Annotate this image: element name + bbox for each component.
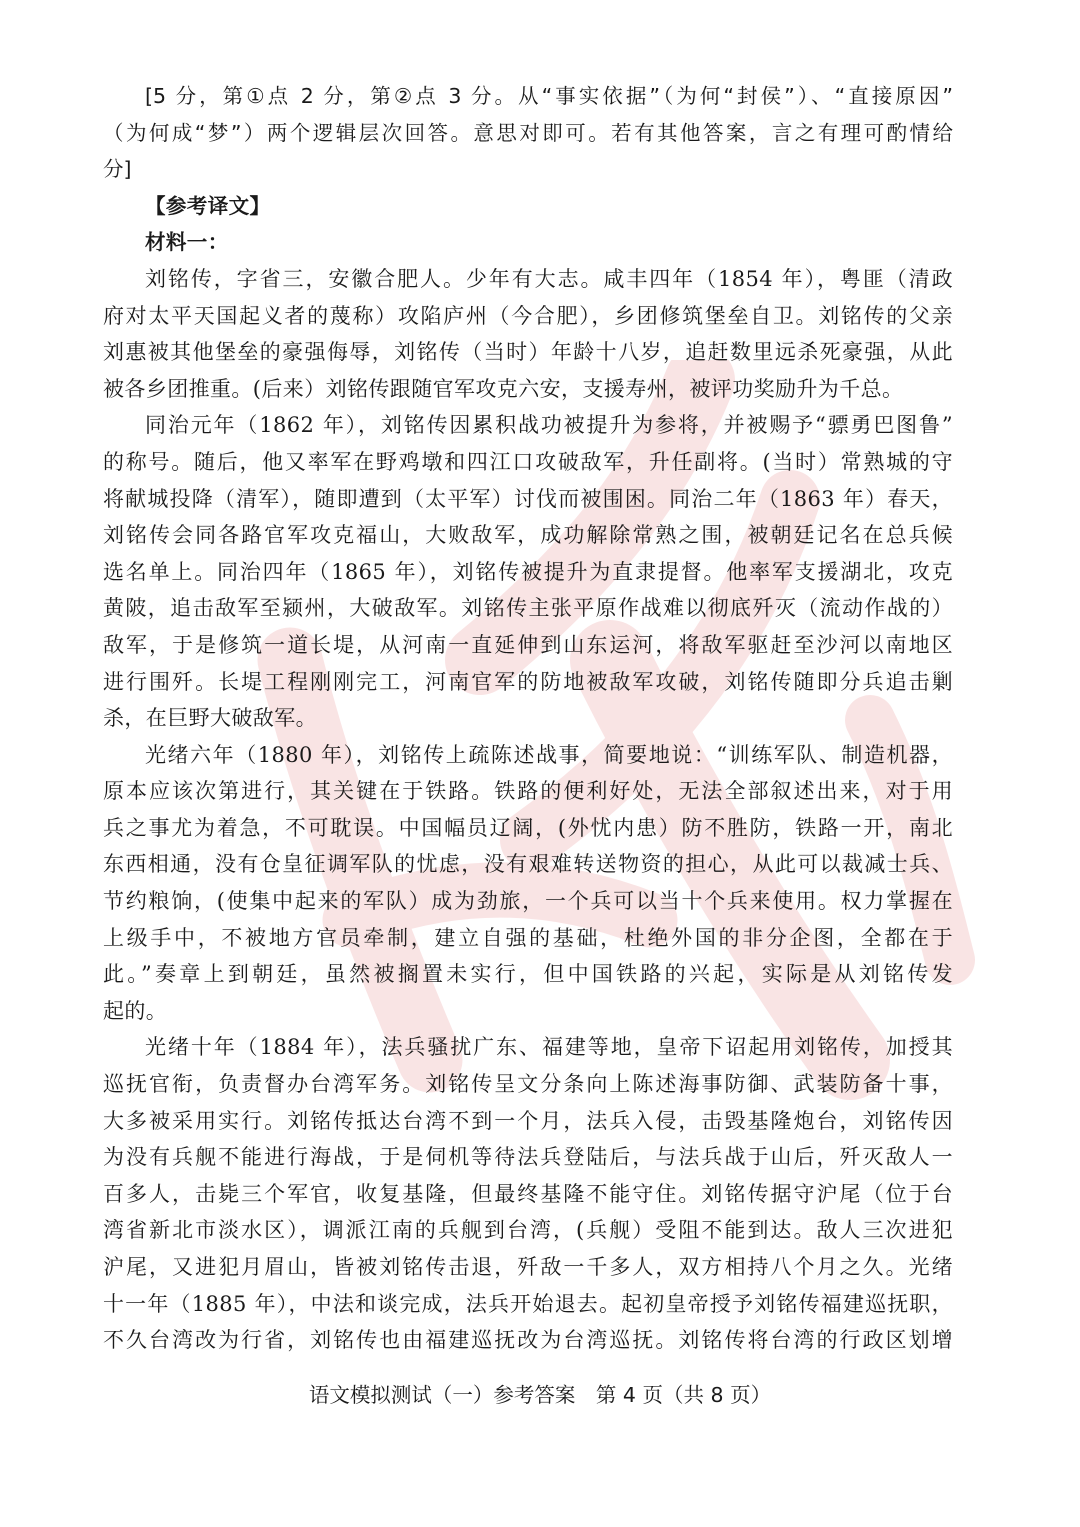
text-line: 的称号。随后，他又率军在野鸡墩和四江口攻破敌军，升任副将。(当时）常熟城的守 <box>103 444 953 481</box>
material-heading: 材料一： <box>103 224 953 261</box>
text-line: 选名单上。同治四年（1865 年），刘铭传被提升为直隶提督。他率军支援湖北，攻克 <box>103 554 953 591</box>
rubric-line: 分] <box>103 151 953 188</box>
page-footer: 语文模拟测试（一）参考答案 第 4 页（共 8 页） <box>0 1378 1080 1408</box>
text-line: 节约粮饷，(使集中起来的军队）成为劲旅，一个兵可以当十个兵来使用。权力掌握在 <box>103 883 953 920</box>
text-line: 原本应该次第进行，其关键在于铁路。铁路的便利好处，无法全部叙述出来，对于用 <box>103 773 953 810</box>
answer-page: [5 分，第①点 2 分，第②点 3 分。从“事实依据”（为何“封侯”）、“直接… <box>103 78 953 1359</box>
section-heading: 【参考译文】 <box>103 188 953 225</box>
text-line: 进行围歼。长堤工程刚刚完工，河南官军的防地被敌军攻破，刘铭传随即分兵追击剿 <box>103 664 953 701</box>
text-line: 刘铭传，字省三，安徽合肥人。少年有大志。咸丰四年（1854 年），粤匪（清政 <box>103 261 953 298</box>
text-line: 府对太平天国起义者的蔑称）攻陷庐州（今合肥），乡团修筑堡垒自卫。刘铭传的父亲 <box>103 298 953 335</box>
text-line: 为没有兵舰不能进行海战，于是伺机等待法兵登陆后，与法兵战于山后，歼灭敌人一 <box>103 1139 953 1176</box>
text-line: 敌军，于是修筑一道长堤，从河南一直延伸到山东运河，将敌军驱赶至沙河以南地区 <box>103 627 953 664</box>
text-line: 杀，在巨野大破敌军。 <box>103 700 953 737</box>
text-line: 百多人，击毙三个军官，收复基隆，但最终基隆不能守住。刘铭传据守沪尾（位于台 <box>103 1176 953 1213</box>
text-line: 刘惠被其他堡垒的豪强侮辱，刘铭传（当时）年龄十八岁，追赶数里远杀死豪强，从此 <box>103 334 953 371</box>
text-line: 黄陂，追击敌军至颍州，大破敌军。刘铭传主张平原作战难以彻底歼灭（流动作战的） <box>103 590 953 627</box>
text-line: 起的。 <box>103 993 953 1030</box>
text-line: 十一年（1885 年），中法和谈完成，法兵开始退去。起初皇帝授予刘铭传福建巡抚职… <box>103 1286 953 1323</box>
text-line: 大多被采用实行。刘铭传抵达台湾不到一个月，法兵入侵，击毁基隆炮台，刘铭传因 <box>103 1103 953 1140</box>
text-line: 光绪六年（1880 年），刘铭传上疏陈述战事，简要地说：“训练军队、制造机器， <box>103 737 953 774</box>
text-line: 同治元年（1862 年），刘铭传因累积战功被提升为参将，并被赐予“骠勇巴图鲁” <box>103 407 953 444</box>
rubric-line: （为何成“梦”）两个逻辑层次回答。意思对即可。若有其他答案，言之有理可酌情给 <box>103 115 953 152</box>
text-line: 上级手中，不被地方官员牵制，建立自强的基础，杜绝外国的非分企图，全都在于 <box>103 920 953 957</box>
paragraph: 刘铭传，字省三，安徽合肥人。少年有大志。咸丰四年（1854 年），粤匪（清政 府… <box>103 261 953 407</box>
text-line: 东西相通，没有仓皇征调军队的忧虑，没有艰难转送物资的担心，从此可以裁减士兵、 <box>103 846 953 883</box>
text-line: 将献城投降（清军），随即遭到（太平军）讨伐而被围困。同治二年（1863 年）春天… <box>103 481 953 518</box>
rubric-line: [5 分，第①点 2 分，第②点 3 分。从“事实依据”（为何“封侯”）、“直接… <box>103 78 953 115</box>
text-line: 沪尾，又进犯月眉山，皆被刘铭传击退，歼敌一千多人，双方相持八个月之久。光绪 <box>103 1249 953 1286</box>
text-line: 湾省新北市淡水区），调派江南的兵舰到台湾，(兵舰）受阻不能到达。敌人三次进犯 <box>103 1212 953 1249</box>
text-line: 兵之事尤为着急，不可耽误。中国幅员辽阔，(外忧内患）防不胜防，铁路一开，南北 <box>103 810 953 847</box>
text-line: 此。”奏章上到朝廷，虽然被搁置未实行，但中国铁路的兴起，实际是从刘铭传发 <box>103 956 953 993</box>
paragraph: 光绪十年（1884 年），法兵骚扰广东、福建等地，皇帝下诏起用刘铭传，加授其 巡… <box>103 1029 953 1358</box>
text-line: 巡抚官衔，负责督办台湾军务。刘铭传呈文分条向上陈述海事防御、武装防备十事， <box>103 1066 953 1103</box>
paragraph: 同治元年（1862 年），刘铭传因累积战功被提升为参将，并被赐予“骠勇巴图鲁” … <box>103 407 953 736</box>
text-line: 不久台湾改为行省，刘铭传也由福建巡抚改为台湾巡抚。刘铭传将台湾的行政区划增 <box>103 1322 953 1359</box>
paragraph: 光绪六年（1880 年），刘铭传上疏陈述战事，简要地说：“训练军队、制造机器， … <box>103 737 953 1030</box>
text-line: 光绪十年（1884 年），法兵骚扰广东、福建等地，皇帝下诏起用刘铭传，加授其 <box>103 1029 953 1066</box>
text-line: 被各乡团推重。(后来）刘铭传跟随官军攻克六安，支援寿州，被评功奖励升为千总。 <box>103 371 953 408</box>
text-line: 刘铭传会同各路官军攻克福山，大败敌军，成功解除常熟之围，被朝廷记名在总兵候 <box>103 517 953 554</box>
